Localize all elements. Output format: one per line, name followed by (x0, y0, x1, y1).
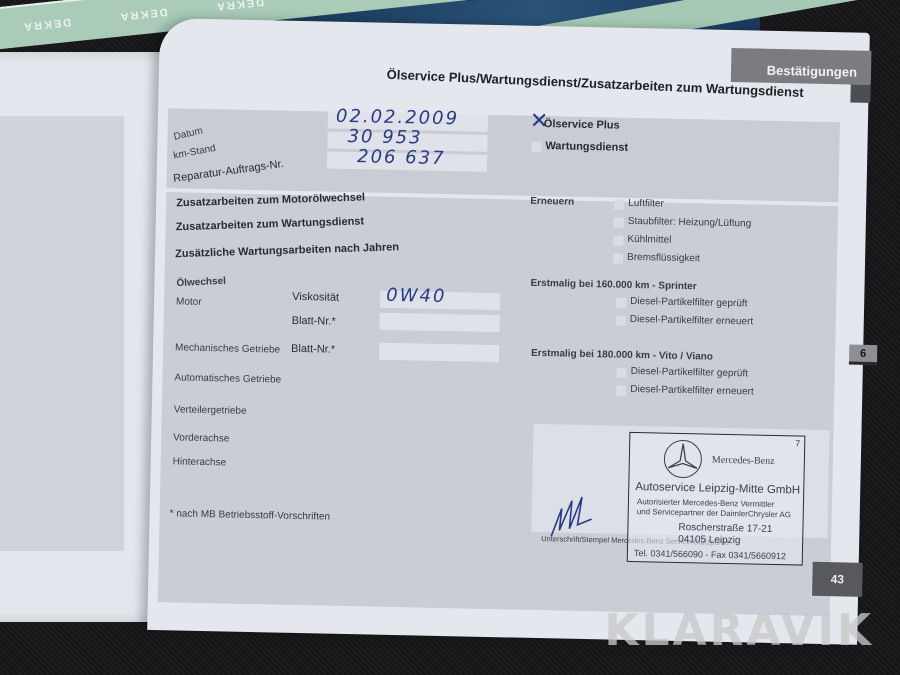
renew-checkbox[interactable] (614, 218, 624, 228)
service-option-maintenance[interactable]: Wartungsdienst (545, 140, 628, 154)
handwritten-signature (547, 478, 608, 539)
stamp-company: Autoservice Leipzig-Mitte GmbH (635, 481, 800, 496)
vito-checkbox[interactable] (617, 368, 627, 378)
vito-checkbox[interactable] (616, 386, 626, 396)
stamp-brand: Mercedes-Benz (712, 455, 775, 467)
renew-heading: Erneuern (530, 196, 574, 208)
mech-sheet-no-field[interactable] (379, 343, 499, 363)
stamp-number: 7 (795, 438, 800, 448)
sheet-no-label: Blatt-Nr.* (292, 315, 336, 328)
section-tab-marker (850, 84, 870, 102)
stamp-street: Roscherstraße 17-21 (678, 522, 772, 535)
dekra-text: DEKRA (311, 0, 361, 2)
auto-gearbox-label: Automatisches Getriebe (174, 372, 281, 385)
service-option-maintenance-checkbox[interactable] (531, 142, 541, 152)
stamp-line-2: und Servicepartner der DaimlerChrysler A… (637, 507, 791, 519)
stamp-phone: Tel. 0341/566090 - Fax 0341/5660912 (634, 548, 786, 561)
renew-checkbox[interactable] (613, 254, 623, 264)
renew-item[interactable]: Kühlmittel (627, 234, 671, 246)
left-page-panel (0, 116, 124, 551)
chapter-tab: 6 (849, 345, 877, 366)
renew-item[interactable]: Luftfilter (628, 198, 664, 210)
record-section (166, 108, 840, 202)
renew-checkbox[interactable] (613, 236, 623, 246)
watermark: KLARAVIK (604, 605, 874, 656)
sprinter-checkbox[interactable] (616, 316, 626, 326)
transfer-case-label: Verteilergetriebe (174, 404, 247, 417)
motor-label: Motor (176, 296, 202, 308)
mech-gearbox-label: Mechanisches Getriebe (175, 342, 280, 355)
section-tab: Bestätigungen (731, 48, 872, 85)
sprinter-checkbox[interactable] (616, 298, 626, 308)
rear-axle-label: Hinterachse (173, 456, 227, 468)
sheet-no-field[interactable] (380, 313, 500, 333)
mileage-value: 30 953 (347, 126, 422, 149)
order-no-value: 206 637 (357, 146, 446, 169)
page-number: 43 (812, 562, 863, 597)
viscosity-value: 0W40 (386, 285, 447, 307)
dekra-text: DEKRA (118, 5, 168, 22)
dealer-stamp: 7 Mercedes-Benz Autoservice Leipzig-Mitt… (627, 432, 806, 566)
mech-sheet-no-label: Blatt-Nr.* (291, 343, 335, 356)
stamp-city: 04105 Leipzig (678, 534, 740, 546)
dekra-text: DEKRA (215, 0, 265, 12)
service-option-oil-plus[interactable]: Ölservice Plus (544, 118, 620, 132)
renew-checkbox[interactable] (614, 200, 624, 210)
renew-item[interactable]: Bremsflüssigkeit (627, 252, 700, 265)
viscosity-label: Viskosität (292, 291, 339, 304)
mercedes-star-icon (663, 440, 702, 479)
service-booklet-page: Bestätigungen Ölservice Plus/Wartungsdie… (147, 18, 870, 645)
front-axle-label: Vorderachse (173, 432, 229, 444)
dekra-text: DEKRA (22, 16, 72, 33)
